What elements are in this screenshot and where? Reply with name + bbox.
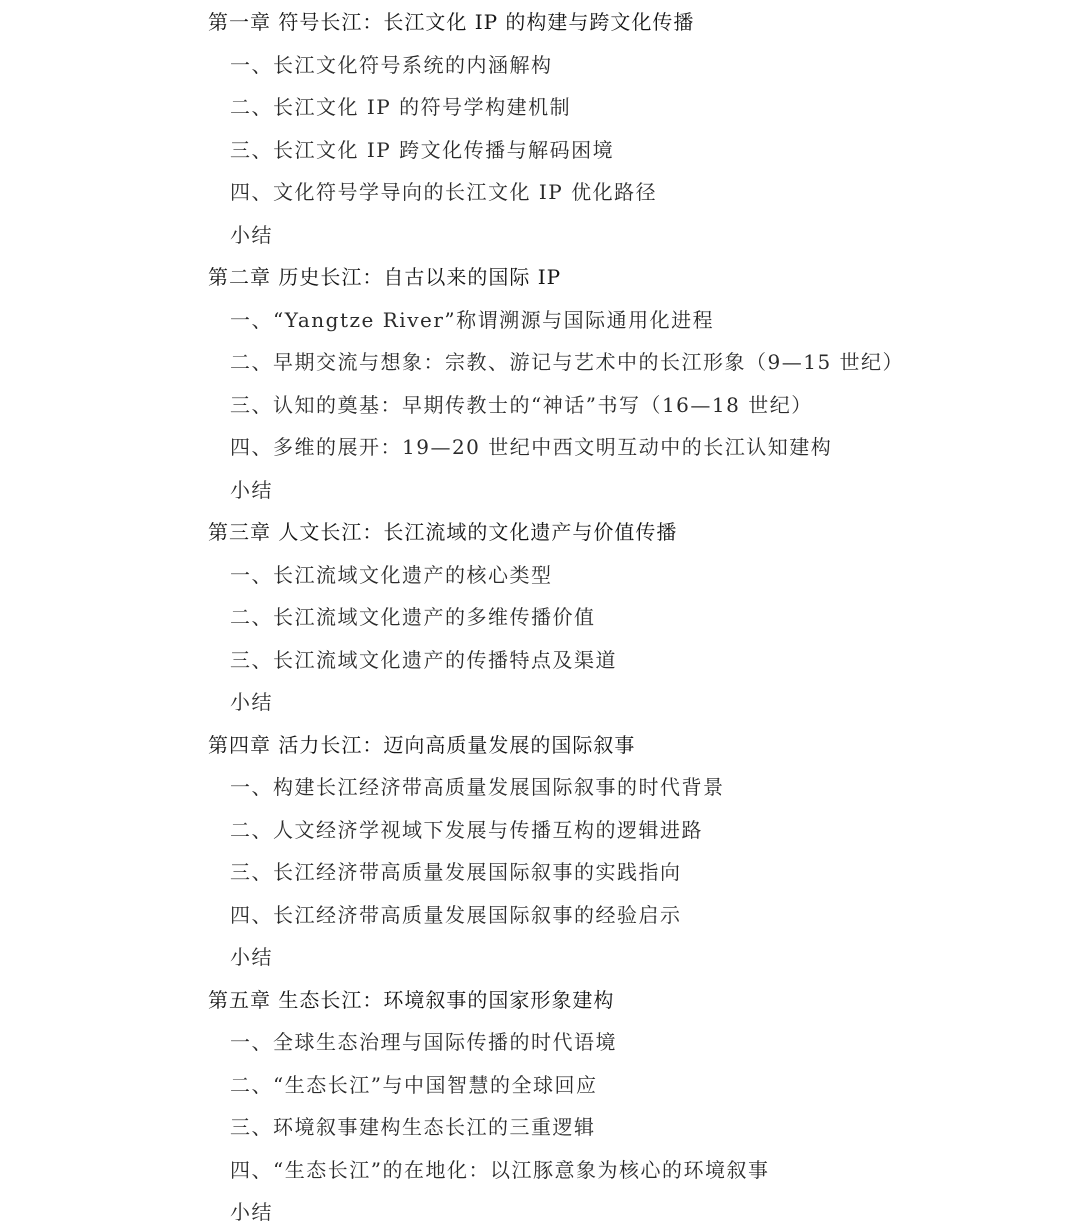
chapter-1-summary: 小结 <box>230 221 273 249</box>
chapter-2-section-4: 四、多维的展开：19—20 世纪中西文明互动中的长江认知建构 <box>230 433 832 461</box>
chapter-2-section-1: 一、“Yangtze River”称谓溯源与国际通用化进程 <box>230 306 714 334</box>
chapter-4-section-3: 三、长江经济带高质量发展国际叙事的实践指向 <box>230 858 682 886</box>
chapter-5-title: 第五章 生态长江：环境叙事的国家形象建构 <box>208 986 614 1014</box>
chapter-1-section-1: 一、长江文化符号系统的内涵解构 <box>230 51 553 79</box>
chapter-4-section-4: 四、长江经济带高质量发展国际叙事的经验启示 <box>230 901 682 929</box>
chapter-3-summary: 小结 <box>230 688 273 716</box>
chapter-1-title: 第一章 符号长江：长江文化 IP 的构建与跨文化传播 <box>208 8 694 36</box>
chapter-5-section-2: 二、“生态长江”与中国智慧的全球回应 <box>230 1071 597 1099</box>
chapter-4-summary: 小结 <box>230 943 273 971</box>
chapter-3-section-3: 三、长江流域文化遗产的传播特点及渠道 <box>230 646 617 674</box>
chapter-5-section-1: 一、全球生态治理与国际传播的时代语境 <box>230 1028 617 1056</box>
chapter-5-section-3: 三、环境叙事建构生态长江的三重逻辑 <box>230 1113 596 1141</box>
chapter-1-section-4: 四、文化符号学导向的长江文化 IP 优化路径 <box>230 178 657 206</box>
chapter-4-section-2: 二、人文经济学视域下发展与传播互构的逻辑进路 <box>230 816 703 844</box>
chapter-2-section-2: 二、早期交流与想象：宗教、游记与艺术中的长江形象（9—15 世纪） <box>230 348 904 376</box>
chapter-5-summary: 小结 <box>230 1198 273 1226</box>
chapter-3-section-2: 二、长江流域文化遗产的多维传播价值 <box>230 603 596 631</box>
chapter-4-title: 第四章 活力长江：迈向高质量发展的国际叙事 <box>208 731 635 759</box>
chapter-2-summary: 小结 <box>230 476 273 504</box>
chapter-1-section-3: 三、长江文化 IP 跨文化传播与解码困境 <box>230 136 614 164</box>
chapter-4-section-1: 一、构建长江经济带高质量发展国际叙事的时代背景 <box>230 773 725 801</box>
chapter-5-section-4: 四、“生态长江”的在地化：以江豚意象为核心的环境叙事 <box>230 1156 769 1184</box>
chapter-3-section-1: 一、长江流域文化遗产的核心类型 <box>230 561 553 589</box>
chapter-2-title: 第二章 历史长江：自古以来的国际 IP <box>208 263 561 291</box>
chapter-3-title: 第三章 人文长江：长江流域的文化遗产与价值传播 <box>208 518 677 546</box>
chapter-1-section-2: 二、长江文化 IP 的符号学构建机制 <box>230 93 571 121</box>
chapter-2-section-3: 三、认知的奠基：早期传教士的“神话”书写（16—18 世纪） <box>230 391 813 419</box>
